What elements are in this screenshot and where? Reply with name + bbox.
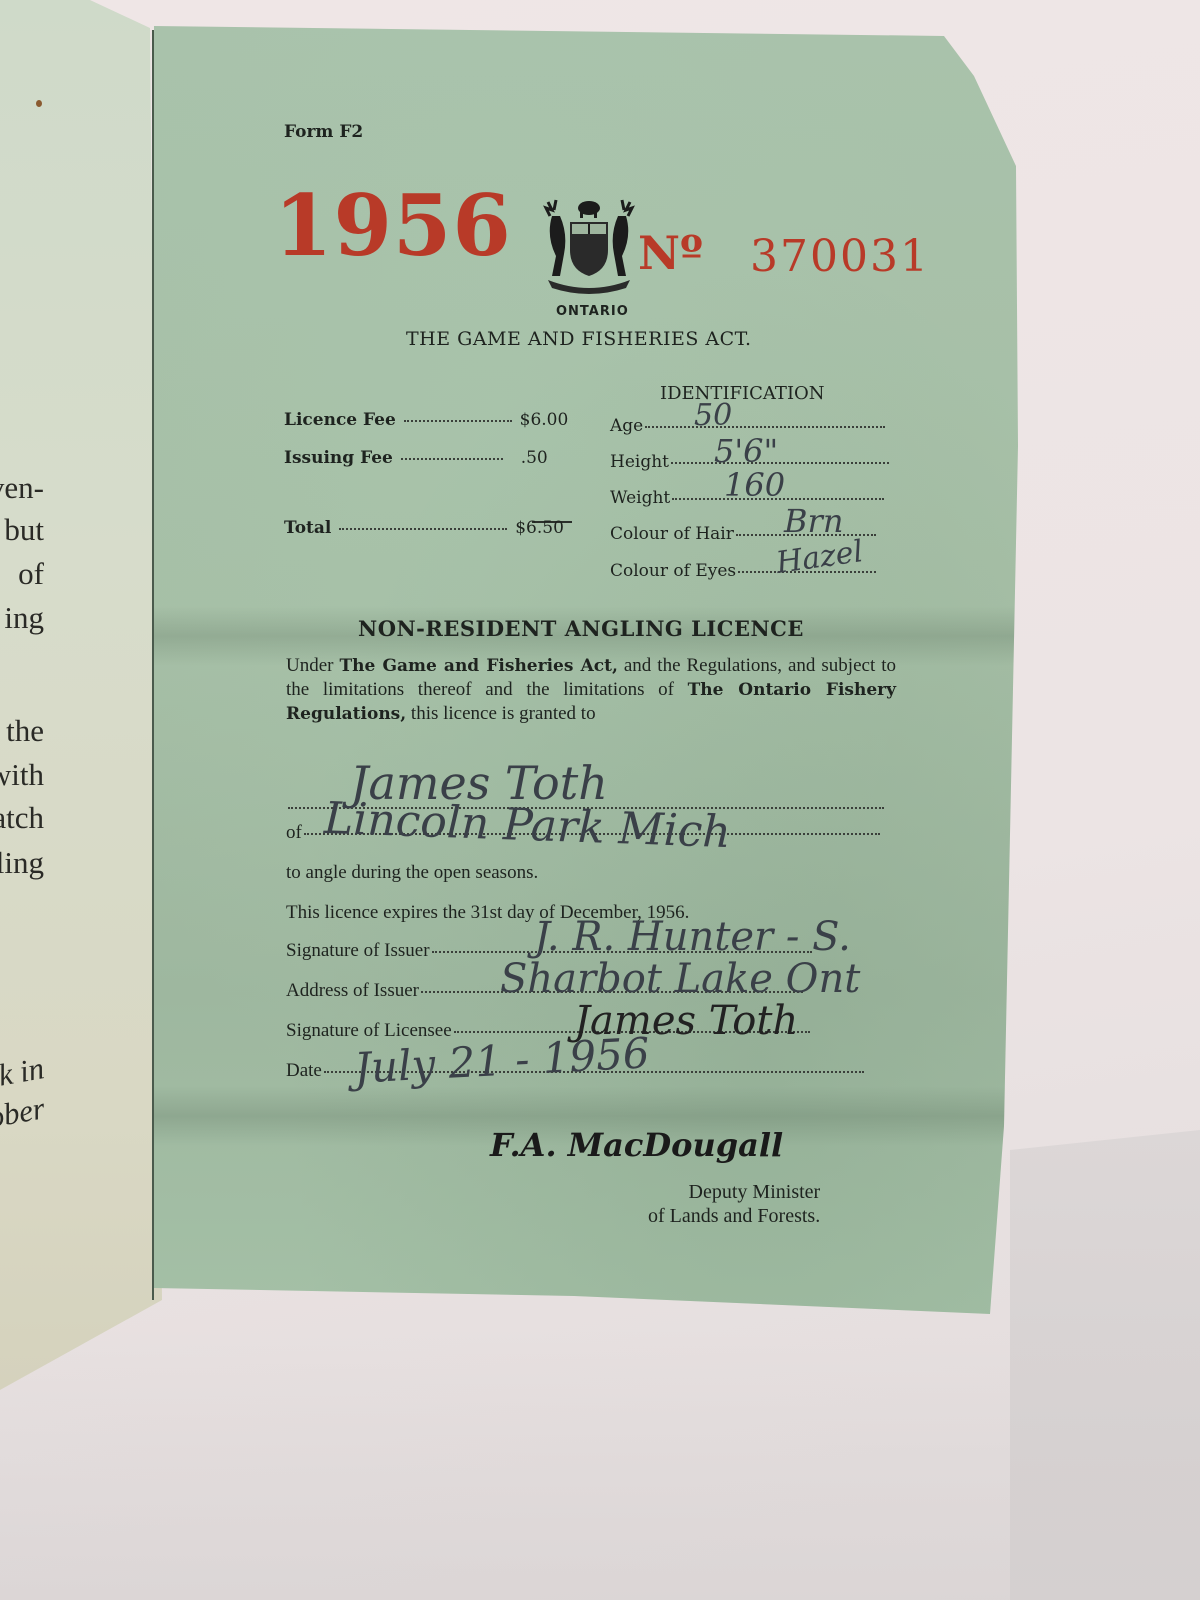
hair-colour-value: Brn [784,502,843,540]
stain-mark [36,100,42,107]
total-value: $6.50 [515,518,564,538]
issuer-address-label: Address of Issuer [286,980,419,1001]
age-value: 50 [694,398,732,433]
text-fragment-italic: rk in [0,1050,47,1095]
angle-text: to angle during the open seasons. [286,862,538,884]
weight-value: 160 [724,466,785,504]
licence-fee-value: $6.00 [520,410,569,430]
minister-title: Deputy Minister of Lands and Forests. [648,1180,820,1228]
text-fragment: of [18,556,44,592]
province-label: ONTARIO [556,304,629,319]
minister-title-line1: Deputy Minister [648,1180,820,1204]
hair-colour-label: Colour of Hair [610,524,734,544]
issuing-fee-value: .50 [521,448,548,468]
licence-fee-row: Licence Fee $6.00 [284,410,568,430]
booklet-spine [152,30,154,1300]
act-title: THE GAME AND FISHERIES ACT. [406,328,752,350]
text-fragment: with [0,757,44,793]
leader-dots [671,462,889,464]
licence-page: Form F2 1956 Nº 370031 ONTARIO THE GAME … [154,26,1018,1316]
identification-title: IDENTIFICATION [660,383,825,404]
licensee-signature-label: Signature of Licensee [286,1020,452,1041]
age-label: Age [610,416,643,436]
background-surface [0,1330,1200,1600]
height-value: 5'6" [714,432,778,470]
issuer-signature: J. R. Hunter - S. [534,914,851,960]
text-fragment: ing [4,600,44,636]
licence-type-title: NON-RESIDENT ANGLING LICENCE [358,616,804,641]
total-label: Total [284,518,331,538]
licence-fee-label: Licence Fee [284,410,396,430]
licence-number-label: Nº [638,226,703,280]
issuing-fee-label: Issuing Fee [284,448,393,468]
minister-title-line2: of Lands and Forests. [648,1204,820,1228]
issuer-address: Sharbot Lake Ont [500,956,860,1002]
text-fragment: the [6,713,44,749]
text-fragment-italic: tober [0,1090,47,1137]
eye-colour-label: Colour of Eyes [610,561,736,581]
text-fragment: ling [0,845,44,881]
leader-dots [339,528,507,530]
total-fee-row: Total $6.50 [284,518,564,538]
text-fragment: ven- [0,470,44,506]
form-number: Form F2 [284,122,363,142]
act-name: The Game and Fisheries Act, [339,656,617,676]
left-page: ven- but of ing the with atch ling rk in… [0,0,162,1390]
issuer-signature-label: Signature of Issuer [286,940,430,961]
leader-dots [404,420,512,422]
of-label: of [286,822,302,843]
height-label: Height [610,452,669,472]
terms-text: this licence is granted to [406,703,595,724]
leader-dots [645,426,885,428]
minister-signature: F.A. MacDougall [490,1126,783,1164]
text-fragment: atch [0,800,44,836]
issuing-fee-row: Issuing Fee .50 [284,448,548,468]
date-label: Date [286,1060,322,1081]
ontario-coat-of-arms-icon [534,196,644,296]
text-fragment: but [4,512,44,548]
terms-text: Under [286,655,339,676]
leader-dots [401,458,503,460]
licence-number: 370031 [750,231,930,282]
weight-label: Weight [610,488,670,508]
licence-terms: Under The Game and Fisheries Act, and th… [286,654,896,726]
licence-year: 1956 [274,176,512,275]
